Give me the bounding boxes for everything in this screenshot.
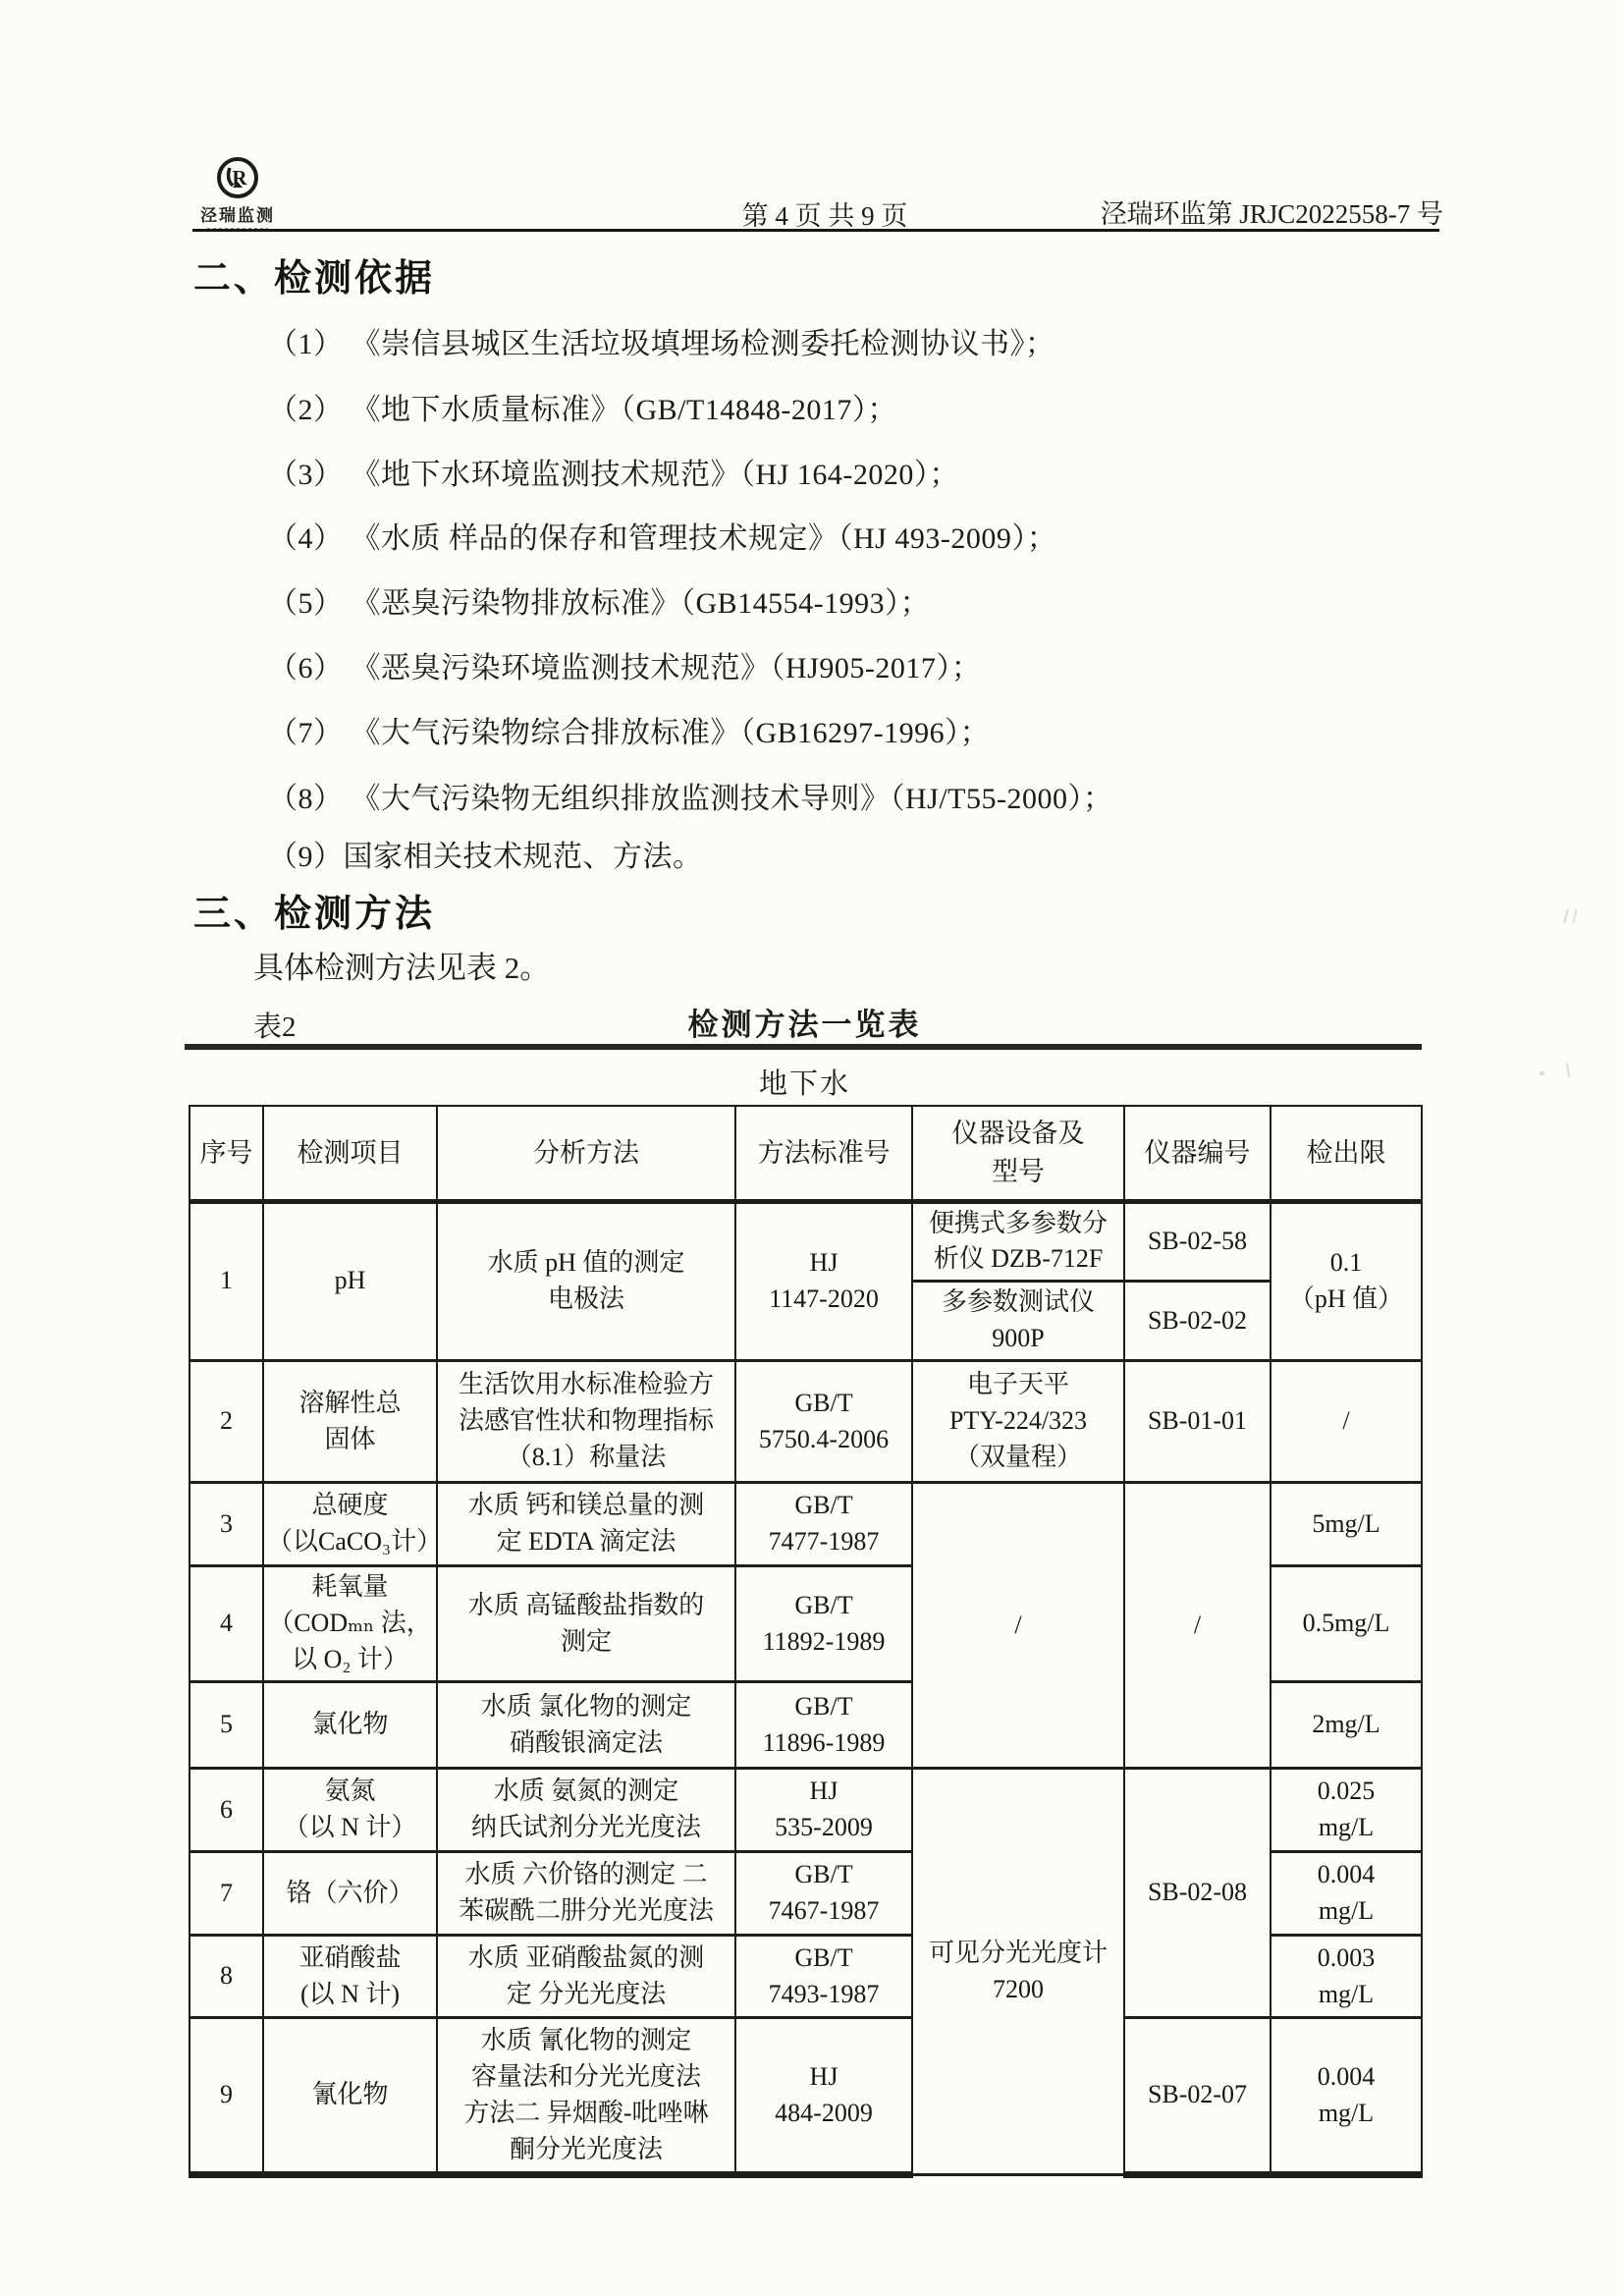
scan-artifact — [1563, 909, 1577, 923]
cell-item: 氯化物 — [263, 1682, 437, 1769]
table-row: 6 氨氮 （以 N 计） 水质 氨氮的测定 纳氏试剂分光光度法 HJ 535-2… — [189, 1769, 1422, 1852]
basis-item: （6） 《恶臭污染环境监测技术规范》（HJ905-2017）； — [268, 643, 981, 686]
cell-instrument-no: SB-02-07 — [1124, 2018, 1271, 2175]
table-top-rule — [185, 1044, 1422, 1050]
cell-item: 氨氮 （以 N 计） — [263, 1769, 437, 1852]
report-number: 泾瑞环监第 JRJC2022558-7 号 — [1080, 192, 1443, 231]
cell-standard: GB/T 11892-1989 — [735, 1566, 912, 1682]
cell-instrument-no: / — [1124, 1483, 1271, 1769]
section-title-basis: 二、检测依据 — [193, 247, 435, 301]
cell-item: pH — [263, 1201, 437, 1361]
cell-method: 水质 亚硝酸盐氮的测 定 分光光度法 — [437, 1936, 735, 2018]
cell-standard: GB/T 7493-1987 — [735, 1936, 912, 2018]
cell-instrument-no: SB-02-02 — [1124, 1282, 1271, 1361]
basis-item: （9）国家相关技术规范、方法。 — [268, 832, 703, 875]
cell-limit: 0.004 mg/L — [1271, 2018, 1422, 2175]
cell-standard: GB/T 7467-1987 — [735, 1852, 912, 1936]
company-logo: R 泾瑞监测 — [192, 155, 283, 232]
cell-method: 水质 六价铬的测定 二 苯碳酰二肼分光光度法 — [437, 1852, 735, 1936]
cell-method: 生活饮用水标准检验方 法感官性状和物理指标 （8.1）称量法 — [437, 1361, 735, 1483]
cell-item: 铬（六价） — [263, 1852, 437, 1936]
cell-instrument: / — [912, 1483, 1124, 1769]
basis-item: （1） 《崇信县城区生活垃圾填埋场检测委托检测协议书》； — [268, 319, 1055, 362]
cell-method: 水质 pH 值的测定 电极法 — [437, 1201, 735, 1361]
header-instrument: 仪器设备及 型号 — [912, 1106, 1124, 1201]
cell-limit: 0.5mg/L — [1271, 1566, 1422, 1682]
cell-method: 水质 氨氮的测定 纳氏试剂分光光度法 — [437, 1769, 735, 1852]
header-instrument-no: 仪器编号 — [1124, 1106, 1271, 1201]
cell-no: 3 — [189, 1483, 263, 1566]
header-standard: 方法标准号 — [735, 1106, 912, 1201]
scan-artifact — [1540, 1071, 1544, 1075]
cell-limit: 0.025 mg/L — [1271, 1769, 1422, 1852]
cell-no: 6 — [189, 1769, 263, 1852]
table-header-row: 序号 检测项目 分析方法 方法标准号 仪器设备及 型号 仪器编号 检出限 — [189, 1106, 1422, 1201]
header-item: 检测项目 — [263, 1106, 437, 1201]
cell-instrument-no: SB-02-08 — [1124, 1769, 1271, 2018]
cell-standard: HJ 535-2009 — [735, 1769, 912, 1852]
cell-method: 水质 氯化物的测定 硝酸银滴定法 — [437, 1682, 735, 1769]
cell-item: 耗氧量 （CODₘₙ 法， 以 O₂ 计） — [263, 1566, 437, 1682]
table-row: 3 总硬度 （以CaCO₃计） 水质 钙和镁总量的测 定 EDTA 滴定法 GB… — [189, 1483, 1422, 1566]
cell-no: 5 — [189, 1682, 263, 1769]
cell-item: 亚硝酸盐 (以 N 计) — [263, 1936, 437, 2018]
basis-item: （5） 《恶臭污染物排放标准》（GB14554-1993）； — [268, 578, 930, 622]
cell-method: 水质 钙和镁总量的测 定 EDTA 滴定法 — [437, 1483, 735, 1566]
logo-jr-emblem-icon: R — [215, 155, 260, 200]
cell-no: 7 — [189, 1852, 263, 1936]
cell-item: 总硬度 （以CaCO₃计） — [263, 1483, 437, 1566]
basis-item: （2） 《地下水质量标准》（GB/T14848-2017）； — [268, 385, 897, 428]
cell-no: 4 — [189, 1566, 263, 1682]
document-page: R 泾瑞监测 第 4 页 共 9 页 泾瑞环监第 JRJC2022558-7 号… — [0, 0, 1623, 2296]
cell-instrument-no: SB-01-01 — [1124, 1361, 1271, 1483]
cell-standard: HJ 1147-2020 — [735, 1201, 912, 1361]
cell-standard: HJ 484-2009 — [735, 2018, 912, 2175]
table-row: 1 pH 水质 pH 值的测定 电极法 HJ 1147-2020 便携式多参数分… — [189, 1201, 1422, 1282]
cell-item: 氰化物 — [263, 2018, 437, 2175]
table-group-title: 地下水 — [189, 1062, 1421, 1102]
cell-instrument-no: SB-02-58 — [1124, 1201, 1271, 1282]
cell-limit: 0.003 mg/L — [1271, 1936, 1422, 2018]
cell-instrument: 多参数测试仪 900P — [912, 1282, 1124, 1361]
cell-no: 8 — [189, 1936, 263, 2018]
header-method: 分析方法 — [437, 1106, 735, 1201]
methods-table: 序号 检测项目 分析方法 方法标准号 仪器设备及 型号 仪器编号 检出限 1 p… — [189, 1105, 1423, 2178]
cell-no: 1 — [189, 1201, 263, 1361]
basis-item: （3） 《地下水环境监测技术规范》（HJ 164-2020）； — [268, 450, 959, 493]
method-intro: 具体检测方法见表 2。 — [253, 943, 550, 987]
cell-standard: GB/T 11896-1989 — [735, 1682, 912, 1769]
cell-standard: GB/T 7477-1987 — [735, 1483, 912, 1566]
cell-limit: 0.004 mg/L — [1271, 1852, 1422, 1936]
table-row: 2 溶解性总 固体 生活饮用水标准检验方 法感官性状和物理指标 （8.1）称量法… — [189, 1361, 1422, 1483]
basis-item: （7） 《大气污染物综合排放标准》（GB16297-1996）； — [268, 708, 990, 751]
header-limit: 检出限 — [1271, 1106, 1422, 1201]
cell-instrument: 电子天平 PTY-224/323 （双量程） — [912, 1361, 1124, 1483]
cell-limit: 0.1 （pH 值） — [1271, 1201, 1422, 1361]
cell-limit: 5mg/L — [1271, 1483, 1422, 1566]
section-title-method: 三、检测方法 — [193, 883, 435, 937]
cell-item: 溶解性总 固体 — [263, 1361, 437, 1483]
cell-limit: / — [1271, 1361, 1422, 1483]
cell-no: 2 — [189, 1361, 263, 1483]
cell-method: 水质 氰化物的测定 容量法和分光光度法 方法二 异烟酸-吡唑啉 酮分光光度法 — [437, 2018, 735, 2175]
table-row: 9 氰化物 水质 氰化物的测定 容量法和分光光度法 方法二 异烟酸-吡唑啉 酮分… — [189, 2018, 1422, 2175]
header-rule — [192, 229, 1439, 232]
scan-artifact — [1566, 1063, 1580, 1077]
cell-method: 水质 高锰酸盐指数的 测定 — [437, 1566, 735, 1682]
cell-instrument: 可见分光光度计 7200 — [912, 1769, 1124, 2175]
basis-item: （4） 《水质 样品的保存和管理技术规定》（HJ 493-2009）； — [268, 514, 1056, 557]
logo-name: 泾瑞监测 — [192, 201, 283, 226]
basis-item: （8） 《大气污染物无组织排放监测技术导则》（HJ/T55-2000）； — [268, 774, 1113, 817]
header-no: 序号 — [189, 1106, 263, 1201]
page-number: 第 4 页 共 9 页 — [687, 194, 962, 233]
cell-no: 9 — [189, 2018, 263, 2175]
cell-instrument: 便携式多参数分 析仪 DZB-712F — [912, 1201, 1124, 1282]
cell-standard: GB/T 5750.4-2006 — [735, 1361, 912, 1483]
cell-limit: 2mg/L — [1271, 1682, 1422, 1769]
table-title: 检测方法一览表 — [189, 1000, 1421, 1044]
